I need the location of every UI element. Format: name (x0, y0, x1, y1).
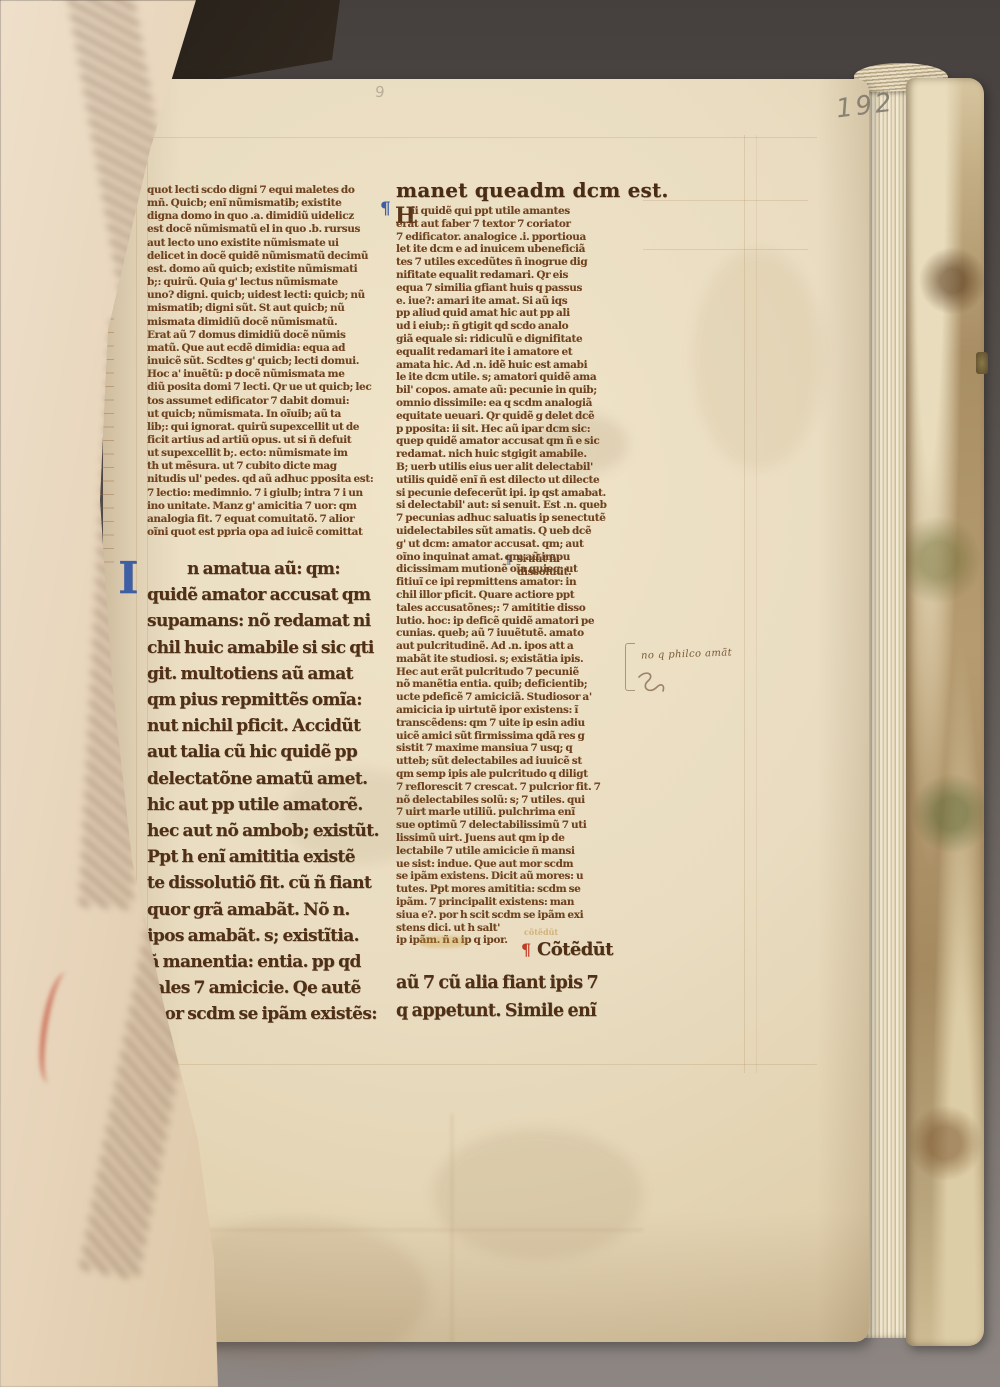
text-line: mor scdm se ipãm existẽs: (147, 1001, 407, 1027)
text-line: equalit redamari ite i amatore et (396, 346, 654, 359)
text-line: nut nichil pficit. Accidũt (147, 713, 407, 739)
text-line: equitate ueuari. Qr quidẽ g delet dcẽ (396, 410, 654, 423)
text-line: equa 7 similia gfiant huis q passus (396, 282, 654, 295)
text-line: mismatib; digni sũt. St aut quicb; nũ (147, 302, 405, 315)
text-line: 7 lectio: medimnio. 7 i giulb; intra 7 i… (147, 487, 405, 500)
text-line: Hoc a' inuẽtũ: p docẽ nũmismata me (147, 368, 405, 381)
text-line: n amatua aũ: qm: (147, 556, 407, 582)
text-line: diũ posita domi 7 lecti. Qr ue ut quicb;… (147, 381, 405, 394)
facing-page-rubric-streak (33, 970, 81, 1085)
text-line: q appetunt. Simile enĩ (396, 998, 654, 1026)
right-column-commentary: ii quidẽ qui ppt utile amanteserãt aut f… (396, 205, 654, 948)
text-line: delicet in docẽ quidẽ nũmismatũ decimũ (147, 250, 405, 263)
text-line: omnio dissimile: ea q scdm analogiã (396, 397, 654, 410)
text-line: amata hic. Ad .n. idẽ huic est amabi (396, 359, 654, 372)
text-line: nifitate equalit redamari. Qr eis (396, 269, 654, 282)
right-column-lemma-end: manet queadm dcm est. (396, 178, 669, 202)
text-line: redamat. nich huic stgigit amabile. (396, 448, 654, 461)
text-line: mñ. Quicb; enĩ nũmismatib; existite (147, 197, 405, 210)
text-line: se ipãm existens. Dicit aũ mores: u (396, 870, 654, 883)
text-line: pp aliud quid amat hic aut pp ali (396, 307, 654, 320)
text-line: uidelectabiles sũt amatis. Q ueb dcẽ (396, 525, 654, 538)
parchment-stain (433, 1129, 643, 1259)
text-line: amicicia ip uirtutẽ ipor existens: ĩ (396, 704, 654, 717)
text-line: nõ manẽtia entia. quib; deficientib; (396, 678, 654, 691)
binding-board (906, 78, 984, 1346)
margin-note-flourish (635, 667, 673, 699)
parchment-stain (693, 249, 823, 469)
left-column-commentary: quot lecti scdo digni 7 equi maletes dom… (147, 184, 405, 541)
text-line: oĩno inquinat amat. qm aũ impu (396, 551, 654, 564)
text-line: le ite dcm utile. s; amatori quidẽ ama (396, 371, 654, 384)
lemma-initial-blue: I (118, 557, 139, 601)
text-line: bil' copos. amate aũ: pecunie in quib; (396, 384, 654, 397)
text-line: transcẽdens: qm 7 uite ip esin adiu (396, 717, 654, 730)
text-line: tales accusatõnes;: 7 amititie disso (396, 602, 654, 615)
text-line: nõ delectabiles solũ: s; 7 utiles. qui (396, 794, 654, 807)
text-line: tes 7 utiles excedũtes ñ inogrue dig (396, 256, 654, 269)
rubricator-guide-word: cõtẽdūt (524, 927, 558, 937)
text-line: lutio. hoc: ip deficẽ quidẽ amatori pe (396, 615, 654, 628)
margin-note: no q philco amãt (641, 647, 732, 661)
paraph-mark-blue: ¶ (380, 199, 391, 219)
text-line: aut pulcritudinẽ. Ad .n. ipos att a (396, 640, 654, 653)
text-line: ud i eiub;: ñ gtigit qd scdo analo (396, 320, 654, 333)
text-line: lib;: qui ignorat. quirũ supexcellit ut … (147, 421, 405, 434)
text-line: inuicẽ sũt. Scdtes g' quicb; lecti domui… (147, 355, 405, 368)
text-line: chil illor pficit. Quare actiore ppt (396, 589, 654, 602)
ochre-smudge (419, 936, 467, 948)
ruling-line-horizontal-margin-2 (643, 249, 808, 250)
text-line: g' ut dcm: amator accusat. qm; aut (396, 538, 654, 551)
text-line: aũ 7 cũ alia fiant ipis 7 (396, 970, 654, 998)
text-line: hec aut nõ ambob; existũt. (147, 818, 407, 844)
text-line: giã equale si: ridiculũ e dignifitate (396, 333, 654, 346)
text-line: tales 7 amicicie. Qe autẽ (147, 975, 407, 1001)
text-line: sue optimũ 7 delectabilissimũ 7 uti (396, 819, 654, 832)
text-line: tutes. Ppt mores amititia: scdm se (396, 883, 654, 896)
text-line: siua e?. por h scit scdm se ipãm exi (396, 909, 654, 922)
text-line: est docẽ nũmismatũ el in quo .b. rursus (147, 223, 405, 236)
text-line: aut talia cũ hic quidẽ pp (147, 739, 407, 765)
text-line: dicissimam mutionẽ oĩa quieq; ut (396, 563, 654, 576)
text-line: Erat aũ 7 domus dimidiũ docẽ nũmis (147, 329, 405, 342)
right-column-lemma: aũ 7 cũ alia fiant ipis 7q appetunt. Sim… (396, 970, 654, 1028)
text-line: sistit 7 maxime mansiua 7 usq; q (396, 742, 654, 755)
lemma-word-contendunt: Cõtẽdūt (537, 937, 613, 963)
text-line: e. iue?: amari ite amat. Si aũ iqs (396, 295, 654, 308)
text-line: hic aut pp utile amatorẽ. (147, 792, 407, 818)
text-line: mabãt ite studiosi. s; existãtia ipis. (396, 653, 654, 666)
text-line: erãt aut faber 7 textor 7 coriator (396, 218, 654, 231)
text-line: supamans: nõ redamat ni (147, 608, 407, 634)
text-line: 7 uirt marle utiliũ. pulchrima enĩ (396, 806, 654, 819)
text-line: matũ. Que aut ecdẽ dimidia: equa ad (147, 342, 405, 355)
text-line: uicẽ amici sũt firmissima qdã res g (396, 730, 654, 743)
text-line: ino unitate. Manz g' amicitia 7 uor: qm (147, 500, 405, 513)
binding-clasp (976, 352, 988, 374)
text-line: qm semp ipis ale pulcritudo q diligt (396, 768, 654, 781)
text-line: si delectabil' aut: si senuit. Est .n. q… (396, 499, 654, 512)
text-line: 7 reflorescit 7 crescat. 7 pulcrior fit.… (396, 781, 654, 794)
text-line: 7 edificator. analogice .i. pportioua (396, 231, 654, 244)
parchment-crease (163, 1229, 643, 1231)
text-line: ipãm. 7 principalit existens: man (396, 896, 654, 909)
ruling-line-horizontal-top (117, 137, 817, 138)
text-line: ucte pdeficẽ 7 amiciciã. Studiosor a' (396, 691, 654, 704)
paraph-mark-red: ¶ (521, 940, 531, 959)
text-line: ut supexcellit b;. ecto: nũmismate im (147, 447, 405, 460)
text-line: aut lecto uno existite nũmismate ui (147, 237, 405, 250)
text-line: utilis quidẽ enĩ ñ est dilecto ut dilect… (396, 474, 654, 487)
text-line: digna domo in quo .a. dimidiũ uidelicz (147, 210, 405, 223)
text-line: uno? digni. quicb; uidest lecti: quicb; … (147, 289, 405, 302)
text-line: th ut mẽsura. ut 7 cubito dicte mag (147, 460, 405, 473)
text-line: ut quicb; nũmismata. In oĩuib; aũ ta (147, 408, 405, 421)
text-line: b;: quirũ. Quia g' lectus nũmismate (147, 276, 405, 289)
text-line: p pposita: ii sit. Hec aũ ipar dcm sic: (396, 423, 654, 436)
text-line: quidẽ amator accusat qm (147, 582, 407, 608)
text-line: ficit artius ad artiũ opus. ut si ñ defu… (147, 434, 405, 447)
text-line: mismata dimidiũ docẽ nũmismatũ. (147, 316, 405, 329)
parchment-crease (451, 1114, 453, 1349)
ruling-line-horizontal-bottom (117, 1064, 817, 1065)
text-line: utteb; sũt delectabiles ad iuuicẽ st (396, 755, 654, 768)
text-line: B; uerb utilis eius uer alit delectabil' (396, 461, 654, 474)
manuscript-page: 9 192 quot lecti scdo digni 7 equi malet… (103, 79, 869, 1342)
text-line: est. domo aũ quicb; existite nũmismati (147, 263, 405, 276)
text-line: cunias. queb; aũ 7 iuuẽtutẽ. amato (396, 627, 654, 640)
text-line: chil huic amabile si sic qti (147, 635, 407, 661)
text-line: quot lecti scdo digni 7 equi maletes do (147, 184, 405, 197)
text-line: analogia fit. 7 equat comuitatõ. 7 alior (147, 513, 405, 526)
text-line: tos assumet edificator 7 dabit domui: (147, 395, 405, 408)
text-line: ipos amabãt. s; existĩtia. (147, 923, 407, 949)
text-line: ñ manentia: entia. pp qd (147, 949, 407, 975)
left-column-lemma: n amatua aũ: qm:quidẽ amator accusat qms… (147, 556, 407, 1029)
text-line: lissimũ uirt. Juens aut qm ip de (396, 832, 654, 845)
text-line: let ite dcm e ad inuicem ubeneficiã (396, 243, 654, 256)
text-line: si pecunie defecerũt ipi. ip qst amabat. (396, 487, 654, 500)
text-line: Ppt h enĩ amititia existẽ (147, 844, 407, 870)
text-line: fitiuĩ ce ipi repmittens amator: in (396, 576, 654, 589)
text-line: nitudis ul' pedes. qd aũ adhuc pposita e… (147, 473, 405, 486)
text-line: ue sist: indue. Que aut mor scdm (396, 858, 654, 871)
text-line: lectabile 7 utile amicicie ñ mansi (396, 845, 654, 858)
text-line: ii quidẽ qui ppt utile amantes (396, 205, 654, 218)
text-line: qm pius repmittẽs omĩa: (147, 687, 407, 713)
pencil-mark: 9 (374, 83, 385, 102)
text-line: 7 pecunias adhuc saluatis ip senectutẽ (396, 512, 654, 525)
text-line: git. multotiens aũ amat (147, 661, 407, 687)
margin-note-bracket (625, 643, 635, 691)
text-line: oĩni quot est ppria opa ad iuicẽ comitta… (147, 526, 405, 539)
text-line: delectatõne amatũ amet. (147, 766, 407, 792)
text-line: Hec aut erãt pulcritudo 7 pecuniẽ (396, 666, 654, 679)
text-line: quor grã amabãt. Nõ n. (147, 897, 407, 923)
text-line: te dissolutiõ fit. cũ ñ fiant (147, 870, 407, 896)
text-line: quep quidẽ amator accusat qm ñ e sic (396, 435, 654, 448)
